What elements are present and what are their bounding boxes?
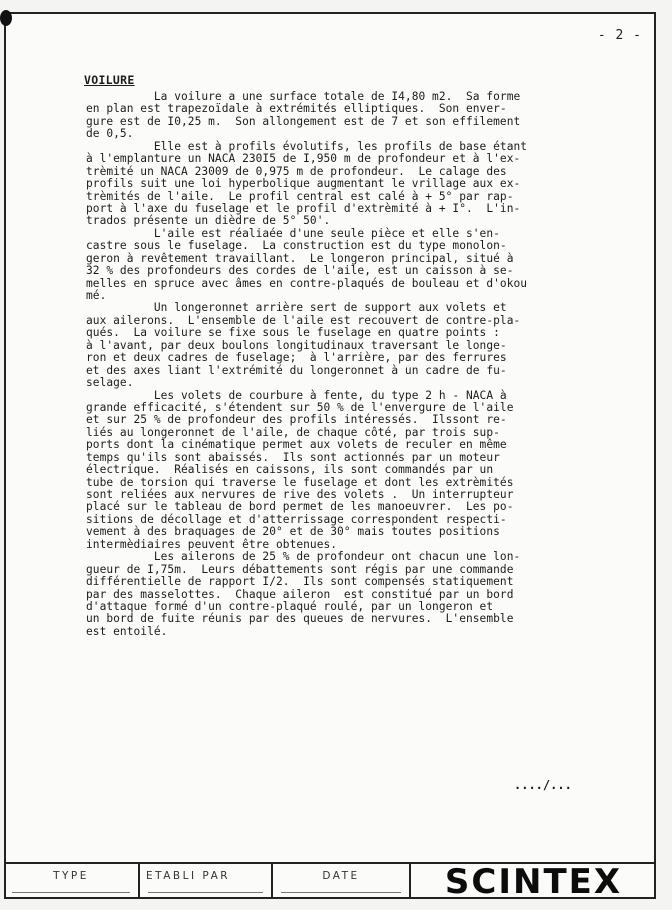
- body-line: de 0,5.: [86, 128, 656, 140]
- body-line: différentielle de rapport I/2. Ils sont …: [86, 576, 656, 588]
- body-line: et des axes liant l'extrémité du longero…: [86, 365, 656, 377]
- type-field: TYPE: [4, 864, 140, 899]
- date-field: DATE: [273, 864, 411, 899]
- body-line: placé sur le tableau de bord permet de l…: [86, 501, 656, 513]
- author-rule: [148, 892, 263, 893]
- type-label: TYPE: [53, 870, 89, 882]
- body-line: et sur 25 % de profondeur des profils in…: [86, 414, 656, 426]
- section-title: VOILURE: [84, 73, 135, 87]
- body-line: melles en spruce avec âmes en contre-pla…: [86, 278, 656, 290]
- body-line: trados présente un dièdre de 5° 50'.: [86, 215, 656, 227]
- body-line: un bord de fuite réunis par des queues d…: [86, 613, 656, 625]
- body-text: La voilure a une surface totale de I4,80…: [86, 91, 656, 638]
- body-line: à l'emplanture un NACA 230I5 de I,950 m …: [86, 153, 656, 165]
- date-rule: [281, 892, 401, 893]
- body-line: gure est de I0,25 m. Son allongement est…: [86, 116, 656, 128]
- date-label: DATE: [322, 870, 359, 882]
- page-number: - 2 -: [598, 28, 642, 43]
- type-rule: [12, 892, 130, 893]
- body-line: Les ailerons de 25 % de profondeur ont c…: [86, 551, 656, 563]
- body-line: en plan est trapezoïdale à extrémités el…: [86, 103, 656, 115]
- body-line: électrique. Réalisés en caissons, ils so…: [86, 464, 656, 476]
- continuation-mark: ..../...: [514, 778, 572, 792]
- body-line: Un longeronnet arrière sert de support a…: [86, 302, 656, 314]
- brand-logo: SCINTEX: [411, 864, 656, 899]
- body-line: qués. La voilure se fixe sous le fuselag…: [86, 327, 656, 339]
- body-line: profils suit une loi hyperbolique augmen…: [86, 178, 656, 190]
- title-block: TYPE ETABLI PAR DATE SCINTEX: [4, 862, 656, 899]
- body-line: castre sous le fuselage. La construction…: [86, 240, 656, 252]
- body-line: 32 % des profondeurs des cordes de l'ail…: [86, 265, 656, 277]
- body-line: selage.: [86, 377, 656, 389]
- author-field: ETABLI PAR: [140, 864, 273, 899]
- body-line: vement à des braquages de 20° et de 30° …: [86, 526, 656, 538]
- body-line: ron et deux cadres de fuselage; à l'arri…: [86, 352, 656, 364]
- author-label: ETABLI PAR: [146, 870, 230, 882]
- body-line: ports dont la cinématique permet aux vol…: [86, 439, 656, 451]
- binder-hole-mark: [0, 10, 12, 26]
- body-line: est entoilé.: [86, 626, 656, 638]
